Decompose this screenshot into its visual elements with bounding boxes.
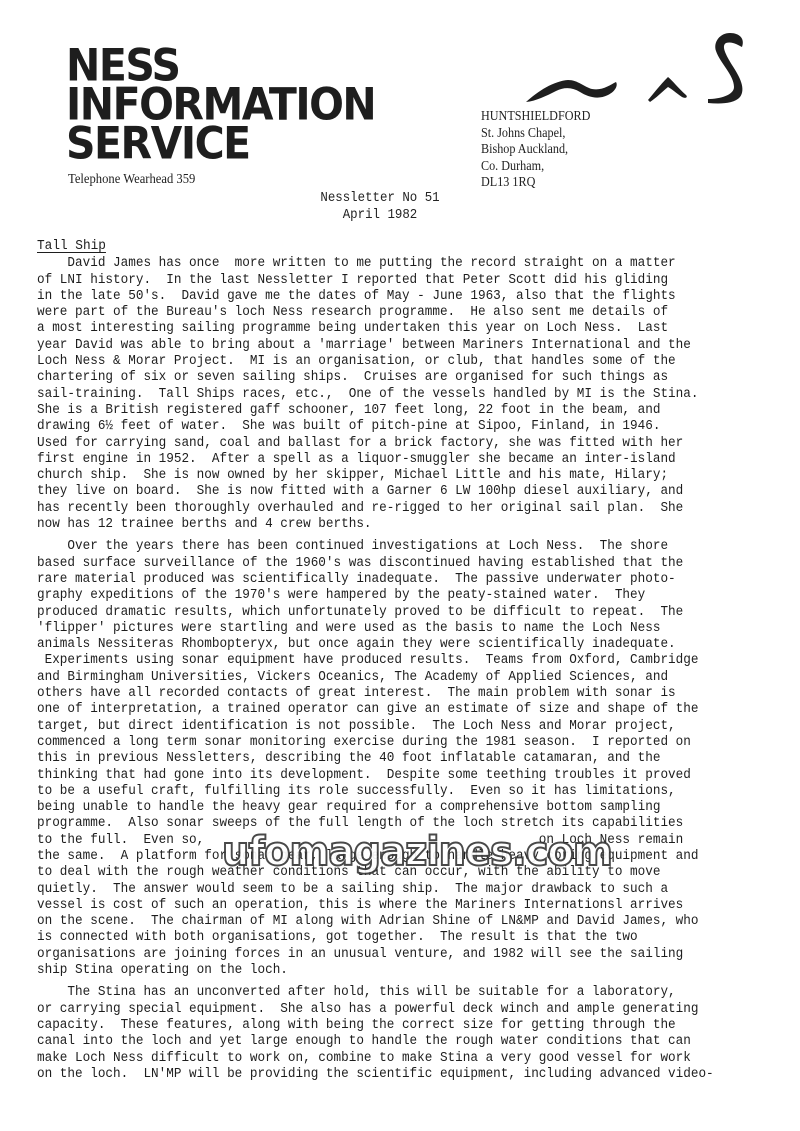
issue-info: Nessletter No 51 April 1982 [316,190,445,224]
text-line: now has 12 trainee berths and 4 crew ber… [37,516,716,532]
article-body: Tall Ship David James has once more writ… [37,238,797,1082]
article-heading: Tall Ship [37,238,106,254]
text-line: Used for carrying sand, coal and ballast… [37,435,716,451]
text-line: others have all recorded contacts of gre… [37,685,716,701]
text-line: Over the years there has been continued … [37,538,716,554]
text-line: one of interpretation, a trained operato… [37,701,716,717]
text-line: church ship. She is now owned by her ski… [37,467,716,483]
text-line: programme. Also sonar sweeps of the full… [37,815,716,831]
text-line: based surface surveillance of the 1960's… [37,555,716,571]
loch-ness-monster-humps-icon [520,25,780,105]
text-line: make Loch Ness difficult to work on, com… [37,1050,716,1066]
text-line: to be a useful craft, fulfilling its rol… [37,783,716,799]
text-line: being unable to handle the heavy gear re… [37,799,716,815]
issue-date: April 1982 [316,207,445,224]
text-line: to deal with the rough weather condition… [37,864,716,880]
text-line: capacity. These features, along with bei… [37,1017,716,1033]
postal-address: HUNTSHIELDFORD St. Johns Chapel, Bishop … [481,108,590,191]
text-line: of LNI history. In the last Nessletter I… [37,272,716,288]
text-line: thinking that had gone into its developm… [37,767,716,783]
address-line: Co. Durham, [481,158,590,175]
text-line: graphy expeditions of the 1970's were ha… [37,587,716,603]
article-paragraphs: David James has once more written to me … [37,255,797,1082]
text-line: The Stina has an unconverted after hold,… [37,984,716,1000]
text-line: quietly. The answer would seem to be a s… [37,881,716,897]
text-line: rare material produced was scientificall… [37,571,716,587]
text-line: in the late 50's. David gave me the date… [37,288,716,304]
article-paragraph: David James has once more written to me … [37,255,797,532]
issue-number: Nessletter No 51 [316,190,445,207]
address-line: Bishop Auckland, [481,141,590,158]
masthead-title: NESS INFORMATION SERVICE [66,46,375,163]
text-line: this in previous Nessletters, describing… [37,750,716,766]
text-line: Loch Ness & Morar Project. MI is an orga… [37,353,716,369]
address-line: HUNTSHIELDFORD [481,108,590,125]
text-line: first engine in 1952. After a spell as a… [37,451,716,467]
text-line: David James has once more written to me … [37,255,716,271]
text-line: and Birmingham Universities, Vickers Oce… [37,669,716,685]
text-line: year David was able to bring about a 'ma… [37,337,716,353]
text-line: Experiments using sonar equipment have p… [37,652,716,668]
text-line: organisations are joining forces in an u… [37,946,716,962]
text-line: She is a British registered gaff schoone… [37,402,716,418]
text-line: 'flipper' pictures were startling and we… [37,620,716,636]
text-line: has recently been thoroughly overhauled … [37,500,716,516]
text-line: chartering of six or seven sailing ships… [37,369,716,385]
address-line: St. Johns Chapel, [481,125,590,142]
text-line: target, but direct identification is not… [37,718,716,734]
text-line: drawing 6½ feet of water. She was built … [37,418,716,434]
text-line: a most interesting sailing programme bei… [37,320,716,336]
text-line: they live on board. She is now fitted wi… [37,483,716,499]
text-line: on the scene. The chairman of MI along w… [37,913,716,929]
text-line: animals Nessiteras Rhombopteryx, but onc… [37,636,716,652]
text-line: to the full. Even so, on Loch Ness remai… [37,832,716,848]
address-line: DL13 1RQ [481,174,590,191]
telephone-number: Telephone Wearhead 359 [68,172,195,188]
article-paragraph: The Stina has an unconverted after hold,… [37,984,797,1082]
text-line: vessel is cost of such an operation, thi… [37,897,716,913]
text-line: sail-training. Tall Ships races, etc., O… [37,386,716,402]
text-line: were part of the Bureau's loch Ness rese… [37,304,716,320]
text-line: canal into the loch and yet large enough… [37,1033,716,1049]
article-paragraph: Over the years there has been continued … [37,538,797,978]
text-line: is connected with both organisations, go… [37,929,716,945]
text-line: on the loch. LN'MP will be providing the… [37,1066,716,1082]
text-line: ship Stina operating on the loch. [37,962,716,978]
text-line: the same. A platform for sonar gear, lar… [37,848,716,864]
text-line: or carrying special equipment. She also … [37,1001,716,1017]
text-line: produced dramatic results, which unfortu… [37,604,716,620]
text-line: commenced a long term sonar monitoring e… [37,734,716,750]
